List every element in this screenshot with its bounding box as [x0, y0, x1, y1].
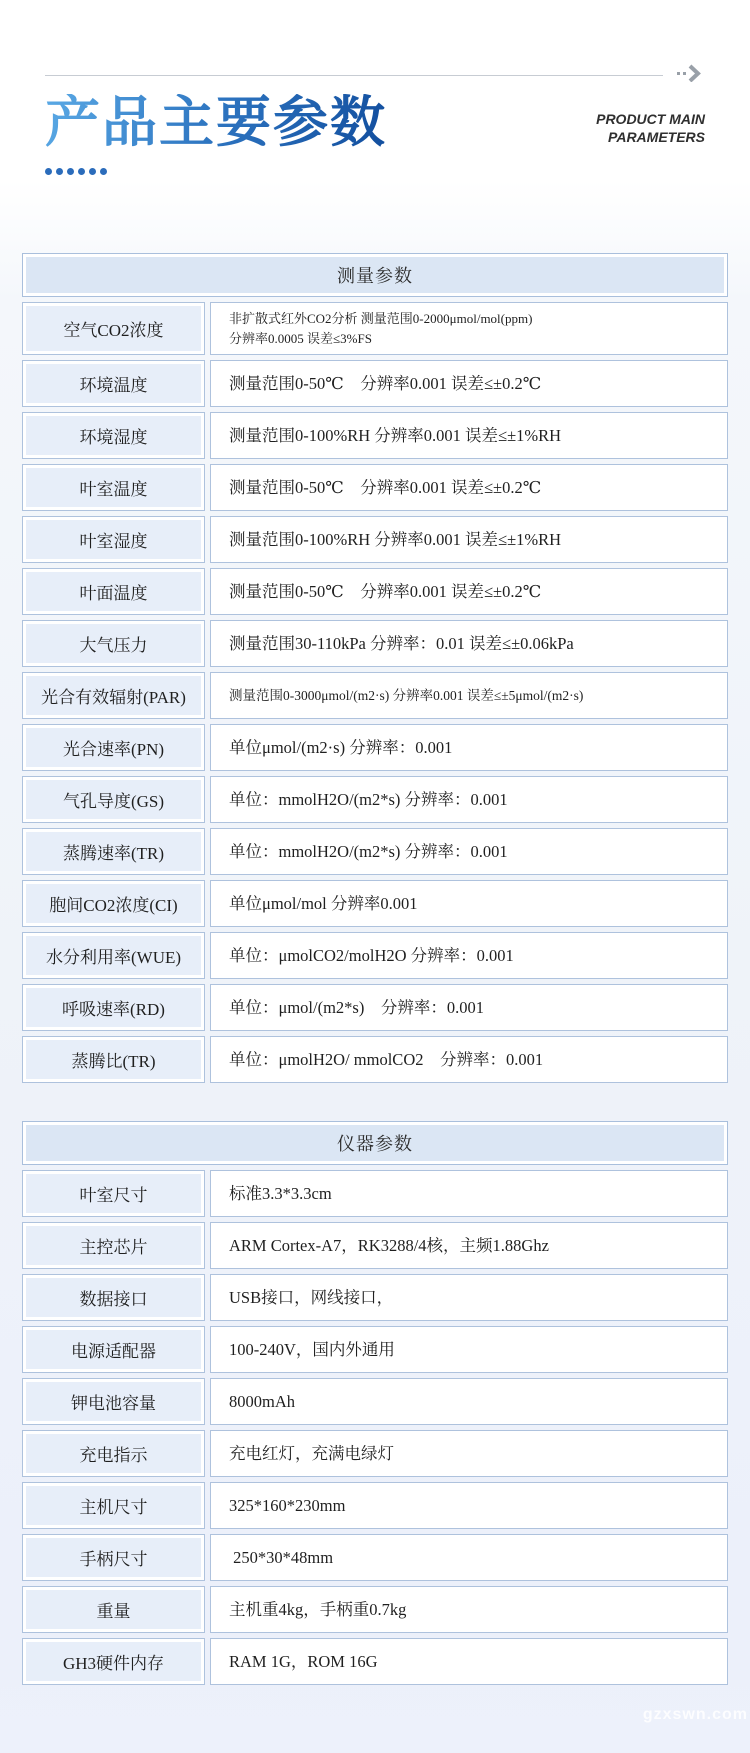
row-value-text: 测量范围0-50℃ 分辨率0.001 误差≤±0.2℃ [229, 581, 717, 603]
table-row: 环境温度测量范围0-50℃ 分辨率0.001 误差≤±0.2℃ [22, 360, 728, 407]
table-row: 叶室尺寸标准3.3*3.3cm [22, 1170, 728, 1217]
page-subtitle: PRODUCT MAIN PARAMETERS [596, 110, 705, 146]
table-row: 蒸腾比(TR)单位：μmolH2O/ mmolCO2 分辨率：0.001 [22, 1036, 728, 1083]
table-row: 胞间CO2浓度(CI)单位μmol/mol 分辨率0.001 [22, 880, 728, 927]
watermark-text: gzxswn.com [643, 1706, 750, 1724]
row-value: 100-240V，国内外通用 [210, 1326, 728, 1373]
row-value: 测量范围0-100%RH 分辨率0.001 误差≤±1%RH [210, 516, 728, 563]
row-value-text: 325*160*230mm [229, 1495, 717, 1517]
table-row: 主控芯片ARM Cortex-A7，RK3288/4核，主频1.88Ghz [22, 1222, 728, 1269]
table-row: 大气压力测量范围30-110kPa 分辨率：0.01 误差≤±0.06kPa [22, 620, 728, 667]
row-value-text: 充电红灯，充满电绿灯 [229, 1443, 717, 1465]
row-value: 单位：mmolH2O/(m2*s) 分辨率：0.001 [210, 776, 728, 823]
table-row: 光合有效辐射(PAR)测量范围0-3000μmol/(m2·s) 分辨率0.00… [22, 672, 728, 719]
row-value-text: 测量范围0-100%RH 分辨率0.001 误差≤±1%RH [229, 529, 717, 551]
table-row: 叶室湿度测量范围0-100%RH 分辨率0.001 误差≤±1%RH [22, 516, 728, 563]
row-value: ARM Cortex-A7，RK3288/4核，主频1.88Ghz [210, 1222, 728, 1269]
table-row: 蒸腾速率(TR)单位：mmolH2O/(m2*s) 分辨率：0.001 [22, 828, 728, 875]
row-value-text: USB接口，网线接口， [229, 1287, 717, 1309]
row-value-text: 测量范围0-100%RH 分辨率0.001 误差≤±1%RH [229, 425, 717, 447]
row-value: RAM 1G，ROM 16G [210, 1638, 728, 1685]
horizontal-divider [45, 75, 663, 76]
row-label: 呼吸速率(RD) [22, 984, 205, 1031]
dot-icon [100, 168, 107, 175]
row-value-text: 单位：mmolH2O/(m2*s) 分辨率：0.001 [229, 789, 717, 811]
table-row: 叶室温度测量范围0-50℃ 分辨率0.001 误差≤±0.2℃ [22, 464, 728, 511]
row-value-text: 标准3.3*3.3cm [229, 1183, 717, 1205]
row-value-text: 单位μmol/(m2·s) 分辨率：0.001 [229, 737, 717, 759]
row-value-text: 单位：μmolCO2/molH2O 分辨率：0.001 [229, 945, 717, 967]
table-row: 数据接口USB接口，网线接口， [22, 1274, 728, 1321]
row-value: 测量范围0-50℃ 分辨率0.001 误差≤±0.2℃ [210, 360, 728, 407]
row-label: 蒸腾比(TR) [22, 1036, 205, 1083]
row-value-text: 单位：μmolH2O/ mmolCO2 分辨率：0.001 [229, 1049, 717, 1071]
dot-icon [67, 168, 74, 175]
table-row: 空气CO2浓度非扩散式红外CO2分析 测量范围0-2000μmol/mol(pp… [22, 302, 728, 355]
table-row: 手柄尺寸 250*30*48mm [22, 1534, 728, 1581]
row-label: 钾电池容量 [22, 1378, 205, 1425]
row-label: 空气CO2浓度 [22, 302, 205, 355]
row-value-text: 250*30*48mm [229, 1547, 717, 1569]
row-label: 叶室温度 [22, 464, 205, 511]
table-row: 电源适配器100-240V，国内外通用 [22, 1326, 728, 1373]
product-parameters-page: 产品主要参数 PRODUCT MAIN PARAMETERS 测量参数空气CO2… [0, 0, 750, 1753]
table-row: 充电指示充电红灯，充满电绿灯 [22, 1430, 728, 1477]
title-row: 产品主要参数 PRODUCT MAIN PARAMETERS [45, 94, 705, 152]
title-decoration-dots [45, 168, 705, 175]
dot-icon [78, 168, 85, 175]
instrument-parameters-table: 仪器参数叶室尺寸标准3.3*3.3cm主控芯片ARM Cortex-A7，RK3… [22, 1121, 728, 1685]
row-label: 叶面温度 [22, 568, 205, 615]
row-label: 充电指示 [22, 1430, 205, 1477]
row-value: 测量范围0-100%RH 分辨率0.001 误差≤±1%RH [210, 412, 728, 459]
row-label: 数据接口 [22, 1274, 205, 1321]
row-value: 单位：μmol/(m2*s) 分辨率：0.001 [210, 984, 728, 1031]
row-label: 环境温度 [22, 360, 205, 407]
row-value-text: 测量范围0-50℃ 分辨率0.001 误差≤±0.2℃ [229, 477, 717, 499]
row-value-text: 测量范围30-110kPa 分辨率：0.01 误差≤±0.06kPa [229, 633, 717, 655]
row-value: 单位μmol/(m2·s) 分辨率：0.001 [210, 724, 728, 771]
table-row: 钾电池容量8000mAh [22, 1378, 728, 1425]
row-value: 测量范围0-3000μmol/(m2·s) 分辨率0.001 误差≤±5μmol… [210, 672, 728, 719]
row-label: 光合速率(PN) [22, 724, 205, 771]
row-value: 单位μmol/mol 分辨率0.001 [210, 880, 728, 927]
row-label: 胞间CO2浓度(CI) [22, 880, 205, 927]
row-label: 水分利用率(WUE) [22, 932, 205, 979]
page-subtitle-line1: PRODUCT MAIN [596, 110, 705, 128]
header-rule-row [45, 66, 705, 84]
row-label: 叶室尺寸 [22, 1170, 205, 1217]
table-row: 光合速率(PN)单位μmol/(m2·s) 分辨率：0.001 [22, 724, 728, 771]
spec-tables-container: 测量参数空气CO2浓度非扩散式红外CO2分析 测量范围0-2000μmol/mo… [22, 253, 728, 1685]
row-label: 电源适配器 [22, 1326, 205, 1373]
row-value-text: RAM 1G，ROM 16G [229, 1651, 717, 1673]
table-row: 气孔导度(GS)单位：mmolH2O/(m2*s) 分辨率：0.001 [22, 776, 728, 823]
row-value-text: 100-240V，国内外通用 [229, 1339, 717, 1361]
row-value-text: 主机重4kg，手柄重0.7kg [229, 1599, 717, 1621]
row-label: 环境湿度 [22, 412, 205, 459]
row-value: 250*30*48mm [210, 1534, 728, 1581]
row-label: 主机尺寸 [22, 1482, 205, 1529]
table-row: 主机尺寸325*160*230mm [22, 1482, 728, 1529]
row-value: 测量范围0-50℃ 分辨率0.001 误差≤±0.2℃ [210, 568, 728, 615]
row-value-text: 非扩散式红外CO2分析 测量范围0-2000μmol/mol(ppm) [229, 309, 717, 329]
row-value: 测量范围30-110kPa 分辨率：0.01 误差≤±0.06kPa [210, 620, 728, 667]
row-value: 充电红灯，充满电绿灯 [210, 1430, 728, 1477]
row-label: 主控芯片 [22, 1222, 205, 1269]
row-label: GH3硬件内存 [22, 1638, 205, 1685]
dot-icon [89, 168, 96, 175]
page-header: 产品主要参数 PRODUCT MAIN PARAMETERS [0, 0, 750, 175]
row-value: 单位：μmolCO2/molH2O 分辨率：0.001 [210, 932, 728, 979]
measurement-parameters-table: 测量参数空气CO2浓度非扩散式红外CO2分析 测量范围0-2000μmol/mo… [22, 253, 728, 1083]
dot-icon [45, 168, 52, 175]
row-value: 标准3.3*3.3cm [210, 1170, 728, 1217]
table-row: 叶面温度测量范围0-50℃ 分辨率0.001 误差≤±0.2℃ [22, 568, 728, 615]
table-row: 水分利用率(WUE)单位：μmolCO2/molH2O 分辨率：0.001 [22, 932, 728, 979]
row-value-text: 单位：mmolH2O/(m2*s) 分辨率：0.001 [229, 841, 717, 863]
row-value: 8000mAh [210, 1378, 728, 1425]
page-title: 产品主要参数 [45, 94, 387, 152]
row-value-text: 测量范围0-3000μmol/(m2·s) 分辨率0.001 误差≤±5μmol… [229, 687, 717, 705]
table-row: 呼吸速率(RD)单位：μmol/(m2*s) 分辨率：0.001 [22, 984, 728, 1031]
row-value-text: 分辨率0.0005 误差≤3%FS [229, 329, 717, 349]
table-row: 环境湿度测量范围0-100%RH 分辨率0.001 误差≤±1%RH [22, 412, 728, 459]
row-label: 大气压力 [22, 620, 205, 667]
row-value: USB接口，网线接口， [210, 1274, 728, 1321]
row-value: 测量范围0-50℃ 分辨率0.001 误差≤±0.2℃ [210, 464, 728, 511]
row-value: 单位：μmolH2O/ mmolCO2 分辨率：0.001 [210, 1036, 728, 1083]
row-label: 气孔导度(GS) [22, 776, 205, 823]
row-value-text: 8000mAh [229, 1391, 717, 1413]
row-value: 单位：mmolH2O/(m2*s) 分辨率：0.001 [210, 828, 728, 875]
row-label: 手柄尺寸 [22, 1534, 205, 1581]
chevron-right-icon [677, 64, 705, 87]
row-label: 重量 [22, 1586, 205, 1633]
row-value-text: 测量范围0-50℃ 分辨率0.001 误差≤±0.2℃ [229, 373, 717, 395]
table-row: 重量主机重4kg，手柄重0.7kg [22, 1586, 728, 1633]
row-label: 蒸腾速率(TR) [22, 828, 205, 875]
row-value: 主机重4kg，手柄重0.7kg [210, 1586, 728, 1633]
table-row: GH3硬件内存RAM 1G，ROM 16G [22, 1638, 728, 1685]
row-value: 325*160*230mm [210, 1482, 728, 1529]
row-value-text: 单位μmol/mol 分辨率0.001 [229, 893, 717, 915]
row-label: 光合有效辐射(PAR) [22, 672, 205, 719]
row-label: 叶室湿度 [22, 516, 205, 563]
row-value-text: ARM Cortex-A7，RK3288/4核，主频1.88Ghz [229, 1235, 717, 1257]
row-value: 非扩散式红外CO2分析 测量范围0-2000μmol/mol(ppm)分辨率0.… [210, 302, 728, 355]
table-title: 仪器参数 [22, 1121, 728, 1165]
table-title: 测量参数 [22, 253, 728, 297]
page-subtitle-line2: PARAMETERS [596, 128, 705, 146]
row-value-text: 单位：μmol/(m2*s) 分辨率：0.001 [229, 997, 717, 1019]
dot-icon [56, 168, 63, 175]
